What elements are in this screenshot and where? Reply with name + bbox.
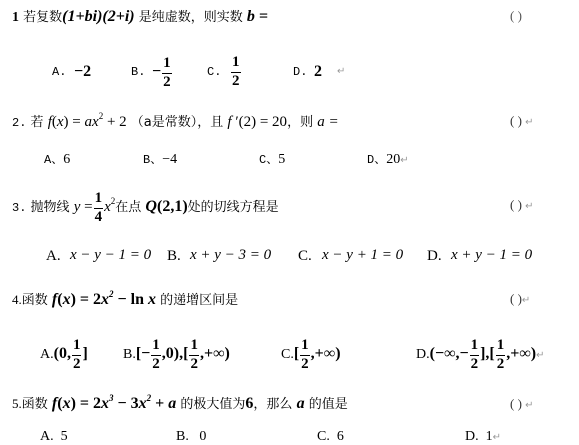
option-value: 5 bbox=[61, 429, 68, 444]
option-d: D.D.(−∞,−12],[12,+∞)↵ bbox=[416, 336, 545, 374]
option-label: D. bbox=[293, 52, 307, 92]
option-label: A、 bbox=[44, 153, 63, 167]
math-point: Q(2,1) bbox=[145, 198, 187, 215]
question-4-stem: 4.函数 f(x) = 2x2 − ln x 的递增区间是 bbox=[12, 289, 238, 311]
option-label: C. bbox=[207, 52, 221, 92]
option-value: −4 bbox=[162, 152, 177, 167]
question-number: 5. bbox=[12, 396, 22, 411]
option-label: C. bbox=[317, 429, 330, 444]
question-2-stem: 2. 若 f(x) = ax2 + 2 （a是常数），且 f ′(2) = 20… bbox=[12, 110, 339, 134]
answer-paren: ( ) ↵ bbox=[510, 113, 534, 129]
math-expression: f(x) = ax2 + 2 bbox=[48, 114, 127, 130]
option-value: −12 bbox=[152, 52, 173, 93]
return-mark-icon: ↵ bbox=[525, 400, 533, 411]
math-expression: f(x) = 2x3 − 3x2 + a bbox=[52, 395, 176, 412]
math-variable: b = bbox=[247, 8, 268, 25]
option-value: 2 bbox=[314, 52, 322, 92]
question-3-stem: 3. 抛物线 y =14x2在点 Q(2,1)处的切线方程是 bbox=[12, 188, 279, 226]
question-number: 4. bbox=[12, 292, 22, 307]
return-mark-icon: ↵ bbox=[337, 52, 345, 92]
option-label: D. bbox=[427, 248, 442, 264]
option-label: A. bbox=[52, 52, 66, 92]
option-value: −2 bbox=[74, 52, 91, 92]
option-value: 0 bbox=[199, 429, 206, 444]
option-value: 1 bbox=[486, 429, 493, 444]
return-mark-icon: ↵ bbox=[493, 432, 501, 443]
option-label: D. bbox=[465, 429, 479, 444]
option-b: B.B.[−12,0),[12,+∞) bbox=[123, 336, 230, 373]
math-condition: f ′(2) = 20 bbox=[227, 114, 287, 130]
math-expression: (1+bi)(2+i) bbox=[62, 8, 134, 25]
return-mark-icon: ↵ bbox=[525, 117, 533, 128]
option-c: C.C.[12,+∞) bbox=[281, 336, 341, 373]
option-value: x + y − 3 = 0 bbox=[190, 244, 271, 266]
option-label: B. bbox=[131, 52, 145, 92]
option-value: 6 bbox=[63, 152, 70, 167]
option-value: x + y − 1 = 0 bbox=[451, 244, 532, 266]
return-mark-icon: ↵ bbox=[536, 350, 544, 361]
question-5-stem: 5.函数 f(x) = 2x3 − 3x2 + a 的极大值为6，那么 a 的值… bbox=[12, 393, 348, 415]
question-1-stem: 1 若复数(1+bi)(2+i) 是纯虚数，则实数 b = bbox=[12, 6, 268, 28]
option-value: x − y + 1 = 0 bbox=[322, 244, 403, 266]
option-label: C、 bbox=[259, 153, 278, 167]
question-number: 2. bbox=[12, 116, 26, 130]
math-expression: f(x) = 2x2 − ln x bbox=[52, 291, 156, 308]
option-label: C. bbox=[298, 248, 312, 264]
option-label: D、 bbox=[367, 153, 386, 167]
option-value: 12 bbox=[230, 52, 242, 92]
option-value: 6 bbox=[337, 429, 344, 444]
math-expression: y =14x2 bbox=[74, 199, 116, 215]
option-label: A. bbox=[46, 248, 61, 264]
option-label: B. bbox=[167, 248, 181, 264]
option-value: 5 bbox=[278, 152, 285, 167]
return-mark-icon: ↵ bbox=[525, 201, 533, 212]
option-value: 20 bbox=[386, 152, 400, 167]
question-number: 1 bbox=[12, 10, 19, 25]
answer-paren: ( )↵ bbox=[510, 291, 530, 307]
answer-paren: ( ) bbox=[510, 8, 522, 24]
return-mark-icon: ↵ bbox=[522, 295, 530, 306]
option-label: B. bbox=[176, 429, 189, 444]
option-a: A.A.(0,12] bbox=[40, 336, 88, 373]
math-variable: a = bbox=[317, 114, 338, 130]
option-value: x − y − 1 = 0 bbox=[70, 244, 151, 266]
return-mark-icon: ↵ bbox=[400, 155, 408, 166]
option-label: A. bbox=[40, 429, 54, 444]
answer-paren: ( ) ↵ bbox=[510, 396, 534, 412]
answer-paren: ( ) ↵ bbox=[510, 197, 534, 213]
question-number: 3. bbox=[12, 201, 26, 215]
option-label: B、 bbox=[143, 153, 162, 167]
